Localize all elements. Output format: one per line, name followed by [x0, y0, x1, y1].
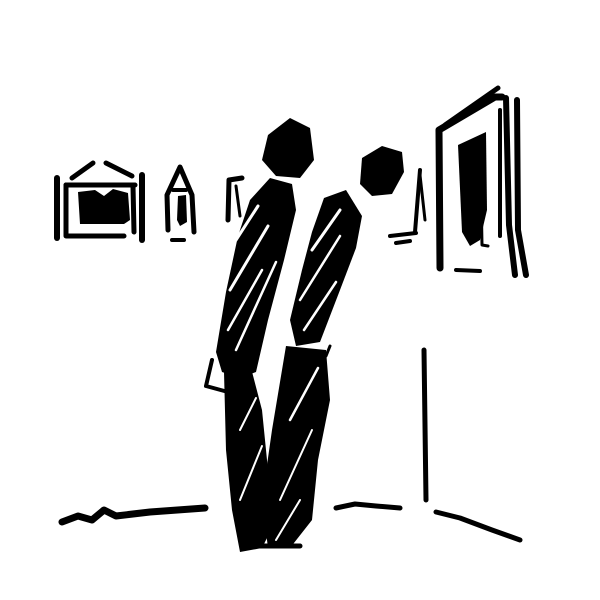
- gallery-sketch: [0, 0, 600, 600]
- wall-edge: [424, 350, 426, 500]
